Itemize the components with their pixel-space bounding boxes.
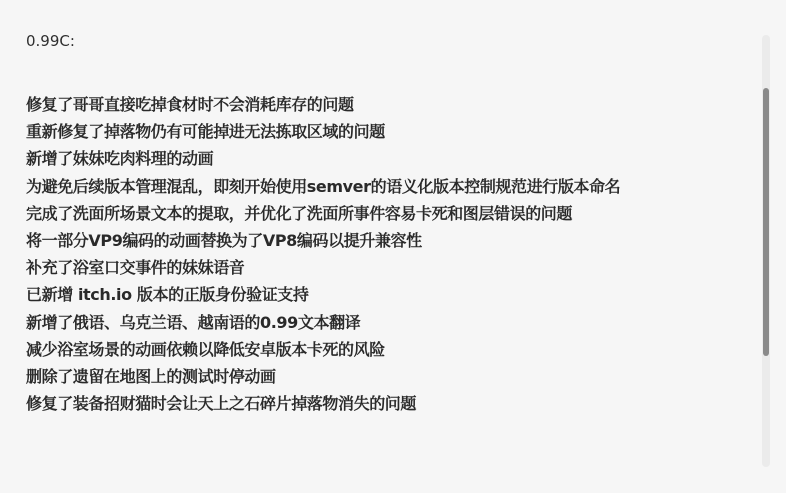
changelog-panel: 0.99C: 修复了哥哥直接吃掉食材时不会消耗库存的问题 重新修复了掉落物仍有可… [26, 28, 756, 417]
version-header: 0.99C: [26, 28, 756, 54]
changelog-item: 为避免后续版本管理混乱，即刻开始使用semver的语义化版本控制规范进行版本命名 [26, 173, 756, 200]
changelog-item: 将一部分VP9编码的动画替换为了VP8编码以提升兼容性 [26, 227, 756, 254]
changelog-item: 减少浴室场景的动画依赖以降低安卓版本卡死的风险 [26, 336, 756, 363]
changelog-item: 删除了遗留在地图上的测试时停动画 [26, 363, 756, 390]
changelog-item: 修复了装备招财猫时会让天上之石碎片掉落物消失的问题 [26, 390, 756, 417]
changelog-item: 已新增 itch.io 版本的正版身份验证支持 [26, 281, 756, 308]
changelog-item: 新增了妹妹吃肉料理的动画 [26, 145, 756, 172]
blank-line [26, 54, 756, 91]
vertical-scrollbar[interactable] [762, 35, 770, 467]
changelog-item: 新增了俄语、乌克兰语、越南语的0.99文本翻译 [26, 309, 756, 336]
changelog-item: 重新修复了掉落物仍有可能掉进无法拣取区域的问题 [26, 118, 756, 145]
changelog-item: 修复了哥哥直接吃掉食材时不会消耗库存的问题 [26, 91, 756, 118]
scrollbar-thumb[interactable] [763, 88, 769, 356]
changelog-list: 修复了哥哥直接吃掉食材时不会消耗库存的问题 重新修复了掉落物仍有可能掉进无法拣取… [26, 91, 756, 417]
changelog-item: 完成了洗面所场景文本的提取，并优化了洗面所事件容易卡死和图层错误的问题 [26, 200, 756, 227]
changelog-item: 补充了浴室口交事件的妹妹语音 [26, 254, 756, 281]
